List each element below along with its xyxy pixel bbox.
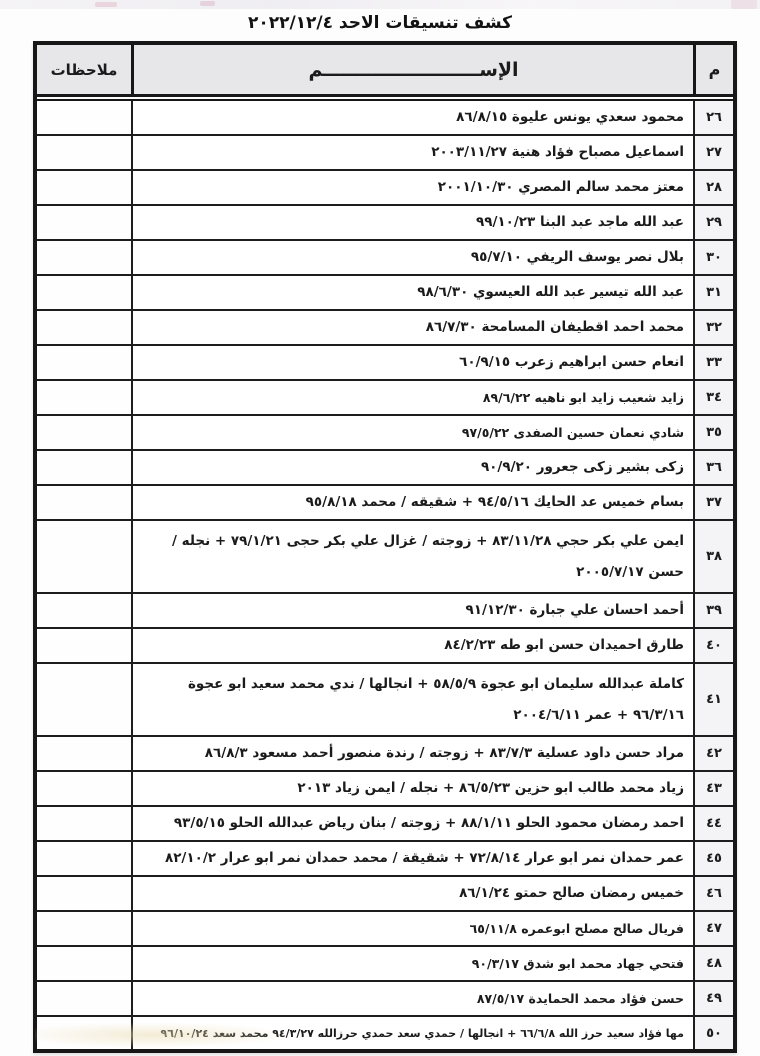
row-number-cell: ٢٩ — [693, 206, 733, 239]
row-number-cell: ٤٤ — [693, 807, 733, 840]
table-row: ٣٩أحمد احسان علي جبارة ٩١/١٢/٣٠ — [37, 592, 733, 627]
page-title: كشف تنسيقات الاحد ٢٠٢٢/١٢/٤ — [205, 13, 555, 33]
row-number-cell: ٣٤ — [693, 381, 733, 414]
table-row: ٣٥شادي نعمان حسين الصفدى ٩٧/٥/٢٢ — [37, 414, 733, 449]
row-name-cell: اسماعيل مصباح فؤاد هنية ٢٠٠٣/١١/٢٧ — [131, 136, 693, 169]
scan-red-mark — [200, 1, 215, 6]
row-notes-cell — [37, 276, 131, 309]
row-notes-cell — [37, 486, 131, 519]
row-notes-cell — [37, 521, 131, 592]
row-number-cell: ٢٦ — [693, 101, 733, 134]
row-notes-cell — [37, 311, 131, 344]
row-number-cell: ٤٦ — [693, 877, 733, 910]
row-number-cell: ٤٥ — [693, 842, 733, 875]
table-row: ٢٩عبد الله ماجد عبد البنا ٩٩/١٠/٢٣ — [37, 204, 733, 239]
table-row: ٤١كاملة عبدالله سليمان ابو عجوة ٥٨/٥/٩ +… — [37, 662, 733, 735]
row-name-cell: حسن فؤاد محمد الحمايدة ٨٧/٥/١٧ — [131, 982, 693, 1015]
row-notes-cell — [37, 594, 131, 627]
table-row: ٤٣زياد محمد طالب ابو حزين ٨٦/٥/٢٣ + نجله… — [37, 770, 733, 805]
row-notes-cell — [37, 772, 131, 805]
row-name-cell: فتحي جهاد محمد ابو شدق ٩٠/٣/١٧ — [131, 947, 693, 980]
row-notes-cell — [37, 171, 131, 204]
header-cell-number: م — [693, 45, 733, 94]
table-row: ٤٦خميس رمضان صالح حمتو ٨٦/١/٢٤ — [37, 875, 733, 910]
row-notes-cell — [37, 912, 131, 945]
row-name-cell: محمود سعدي يونس عليوة ٨٦/٨/١٥ — [131, 101, 693, 134]
row-name-cell: زكى بشير زكى جعرور ٩٠/٩/٢٠ — [131, 451, 693, 484]
row-notes-cell — [37, 416, 131, 449]
table-row: ٣٦زكى بشير زكى جعرور ٩٠/٩/٢٠ — [37, 449, 733, 484]
row-notes-cell — [37, 807, 131, 840]
row-number-cell: ٤٧ — [693, 912, 733, 945]
table-row: ٣٠بلال نصر يوسف الريفي ٩٥/٧/١٠ — [37, 239, 733, 274]
table-row: ٣١عبد الله تيسير عبد الله العيسوي ٩٨/٦/٣… — [37, 274, 733, 309]
row-name-cell: عبد الله تيسير عبد الله العيسوي ٩٨/٦/٣٠ — [131, 276, 693, 309]
row-notes-cell — [37, 206, 131, 239]
row-number-cell: ٣٠ — [693, 241, 733, 274]
row-notes-cell — [37, 842, 131, 875]
row-name-cell: بسام خميس عد الحايك ٩٤/٥/١٦ + شقيقه / مح… — [131, 486, 693, 519]
row-name-cell: عمر حمدان نمر ابو عرار ٧٢/٨/١٤ + شقيقة /… — [131, 842, 693, 875]
row-notes-cell — [37, 346, 131, 379]
row-number-cell: ٣٨ — [693, 521, 733, 592]
table-row: ٣٨ايمن علي بكر حجي ٨٣/١١/٢٨ + زوجته / غز… — [37, 519, 733, 592]
row-number-cell: ٣٧ — [693, 486, 733, 519]
row-notes-cell — [37, 451, 131, 484]
table-header-row: م الإســــــــــــــــــــــــم ملاحظات — [37, 45, 733, 97]
table-row: ٣٣انعام حسن ابراهيم زعرب ٦٠/٩/١٥ — [37, 344, 733, 379]
row-name-cell: أحمد احسان علي جبارة ٩١/١٢/٣٠ — [131, 594, 693, 627]
table-row: ٤٨فتحي جهاد محمد ابو شدق ٩٠/٣/١٧ — [37, 945, 733, 980]
row-name-cell: عبد الله ماجد عبد البنا ٩٩/١٠/٢٣ — [131, 206, 693, 239]
row-name-cell: طارق احميدان حسن ابو طه ٨٤/٢/٢٣ — [131, 629, 693, 662]
row-number-cell: ٣٢ — [693, 311, 733, 344]
row-number-cell: ٣٥ — [693, 416, 733, 449]
row-name-cell: بلال نصر يوسف الريفي ٩٥/٧/١٠ — [131, 241, 693, 274]
row-name-cell: معتز محمد سالم المصري ٢٠٠١/١٠/٣٠ — [131, 171, 693, 204]
row-number-cell: ٥٠ — [693, 1017, 733, 1049]
row-number-cell: ٣١ — [693, 276, 733, 309]
row-notes-cell — [37, 629, 131, 662]
table-row: ٣٧بسام خميس عد الحايك ٩٤/٥/١٦ + شقيقه / … — [37, 484, 733, 519]
row-name-cell: كاملة عبدالله سليمان ابو عجوة ٥٨/٥/٩ + ا… — [131, 664, 693, 735]
header-cell-notes: ملاحظات — [37, 45, 131, 94]
table-row: ٢٨معتز محمد سالم المصري ٢٠٠١/١٠/٣٠ — [37, 169, 733, 204]
table-row: ٣٢محمد احمد اقطيفان المسامحة ٨٦/٧/٣٠ — [37, 309, 733, 344]
row-notes-cell — [37, 982, 131, 1015]
table-row: ٣٤زايد شعيب زايد ابو ناهيه ٨٩/٦/٢٢ — [37, 379, 733, 414]
row-number-cell: ٤١ — [693, 664, 733, 735]
row-name-cell: شادي نعمان حسين الصفدى ٩٧/٥/٢٢ — [131, 416, 693, 449]
row-number-cell: ٤٨ — [693, 947, 733, 980]
table-row: ٤٩حسن فؤاد محمد الحمايدة ٨٧/٥/١٧ — [37, 980, 733, 1015]
scan-red-mark — [95, 2, 117, 7]
row-name-cell: انعام حسن ابراهيم زعرب ٦٠/٩/١٥ — [131, 346, 693, 379]
table-row: ٢٧اسماعيل مصباح فؤاد هنية ٢٠٠٣/١١/٢٧ — [37, 134, 733, 169]
header-cell-name: الإســــــــــــــــــــــــم — [131, 45, 693, 94]
row-number-cell: ٢٨ — [693, 171, 733, 204]
table-row: ٢٦محمود سعدي يونس عليوة ٨٦/٨/١٥ — [37, 101, 733, 134]
row-name-cell: خميس رمضان صالح حمتو ٨٦/١/٢٤ — [131, 877, 693, 910]
row-number-cell: ٤٢ — [693, 737, 733, 770]
row-notes-cell — [37, 241, 131, 274]
row-number-cell: ٢٧ — [693, 136, 733, 169]
row-name-cell: احمد رمضان محمود الحلو ٨٨/١/١١ + زوجته /… — [131, 807, 693, 840]
table-row: ٤٤احمد رمضان محمود الحلو ٨٨/١/١١ + زوجته… — [37, 805, 733, 840]
row-number-cell: ٣٩ — [693, 594, 733, 627]
coordination-table: م الإســــــــــــــــــــــــم ملاحظات … — [33, 41, 737, 1053]
row-number-cell: ٤٩ — [693, 982, 733, 1015]
table-row: ٤٥عمر حمدان نمر ابو عرار ٧٢/٨/١٤ + شقيقة… — [37, 840, 733, 875]
row-notes-cell — [37, 381, 131, 414]
row-name-cell: مراد حسن داود عسلية ٨٣/٧/٣ + زوجته / رند… — [131, 737, 693, 770]
row-name-cell: زايد شعيب زايد ابو ناهيه ٨٩/٦/٢٢ — [131, 381, 693, 414]
row-name-cell: زياد محمد طالب ابو حزين ٨٦/٥/٢٣ + نجله /… — [131, 772, 693, 805]
row-notes-cell — [37, 877, 131, 910]
row-notes-cell — [37, 947, 131, 980]
table-row: ٤٧فريال صالح مصلح ابوعمره ٦٥/١١/٨ — [37, 910, 733, 945]
row-number-cell: ٤٣ — [693, 772, 733, 805]
row-notes-cell — [37, 136, 131, 169]
scan-smudge — [35, 1022, 295, 1048]
row-notes-cell — [37, 737, 131, 770]
row-name-cell: فريال صالح مصلح ابوعمره ٦٥/١١/٨ — [131, 912, 693, 945]
table-row: ٤٠طارق احميدان حسن ابو طه ٨٤/٢/٢٣ — [37, 627, 733, 662]
row-name-cell: محمد احمد اقطيفان المسامحة ٨٦/٧/٣٠ — [131, 311, 693, 344]
table-row: ٤٢مراد حسن داود عسلية ٨٣/٧/٣ + زوجته / ر… — [37, 735, 733, 770]
row-number-cell: ٣٣ — [693, 346, 733, 379]
scanned-document-page: كشف تنسيقات الاحد ٢٠٢٢/١٢/٤ م الإســــــ… — [0, 0, 760, 1056]
scan-red-mark — [731, 0, 757, 9]
row-notes-cell — [37, 664, 131, 735]
row-number-cell: ٣٦ — [693, 451, 733, 484]
table-body: ٢٦محمود سعدي يونس عليوة ٨٦/٨/١٥٢٧اسماعيل… — [37, 99, 733, 1049]
row-notes-cell — [37, 101, 131, 134]
row-number-cell: ٤٠ — [693, 629, 733, 662]
row-name-cell: ايمن علي بكر حجي ٨٣/١١/٢٨ + زوجته / غزال… — [131, 521, 693, 592]
